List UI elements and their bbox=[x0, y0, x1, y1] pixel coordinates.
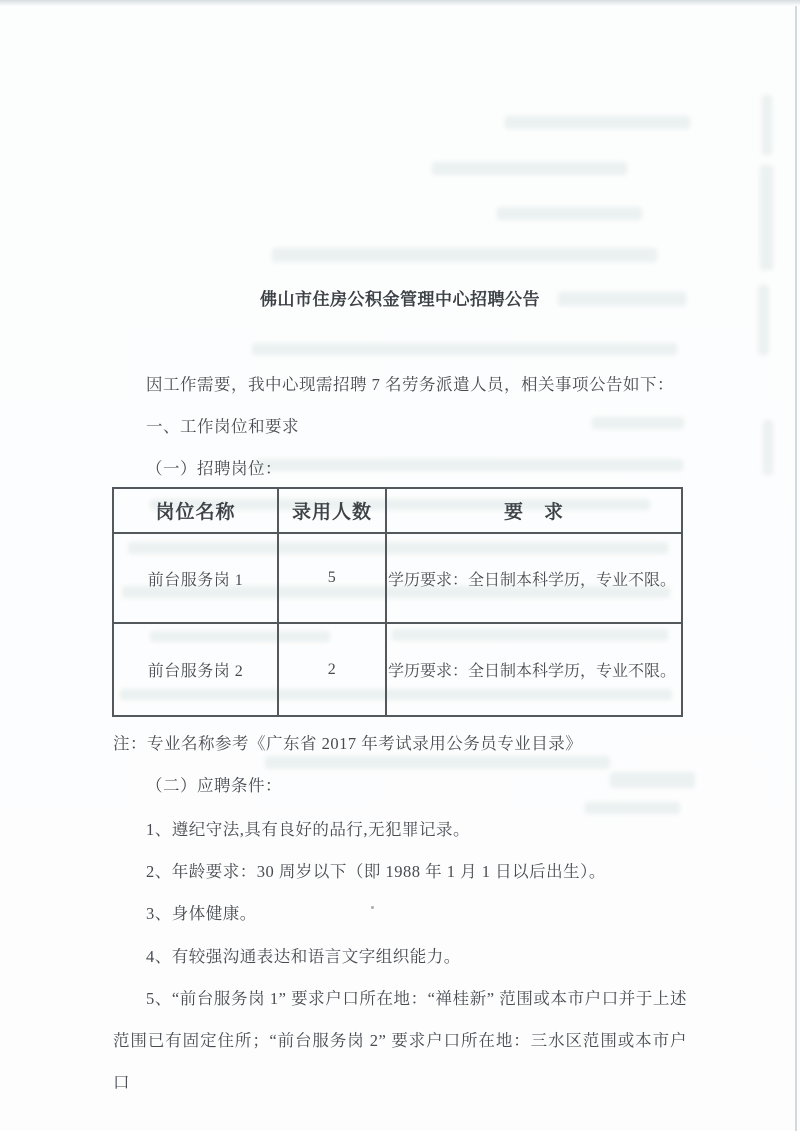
condition-item-5: 5、“前台服务岗 1” 要求户口所在地：“禅桂新” 范围或本市户口并于上述范围已… bbox=[113, 978, 687, 1104]
subsection-heading-conditions: （二）应聘条件： bbox=[113, 775, 687, 797]
bleed-through-artifact bbox=[432, 162, 627, 175]
condition-item-4: 4、有较强沟通表达和语言文字组织能力。 bbox=[113, 946, 687, 968]
bleed-through-artifact bbox=[762, 95, 772, 155]
column-header-requirement: 要 求 bbox=[386, 488, 682, 533]
cell-headcount: 5 bbox=[278, 533, 386, 623]
scan-edge-top bbox=[0, 0, 800, 6]
section-heading: 一、工作岗位和要求 bbox=[113, 416, 687, 438]
condition-item-1: 1、遵纪守法,具有良好的品行,无犯罪记录。 bbox=[113, 819, 687, 841]
bleed-through-artifact bbox=[505, 116, 690, 129]
table-header-row: 岗位名称 录用人数 要 求 bbox=[113, 488, 682, 533]
bleed-through-artifact bbox=[585, 802, 680, 814]
intro-paragraph: 因工作需要，我中心现需招聘 7 名劳务派遣人员，相关事项公告如下： bbox=[113, 374, 687, 396]
column-header-position-name: 岗位名称 bbox=[113, 488, 278, 533]
bleed-through-artifact bbox=[252, 343, 677, 355]
scan-edge-right bbox=[795, 6, 797, 1131]
table-row: 前台服务岗 2 2 学历要求：全日制本科学历，专业不限。 bbox=[113, 623, 682, 716]
cell-requirement: 学历要求：全日制本科学历，专业不限。 bbox=[386, 533, 682, 623]
subsection-heading-recruit: （一）招聘岗位： bbox=[113, 458, 687, 480]
column-header-headcount: 录用人数 bbox=[278, 488, 386, 533]
table-row: 前台服务岗 1 5 学历要求：全日制本科学历，专业不限。 bbox=[113, 533, 682, 623]
bleed-through-artifact bbox=[265, 756, 610, 769]
scanned-document-page: 佛山市住房公积金管理中心招聘公告 因工作需要，我中心现需招聘 7 名劳务派遣人员… bbox=[0, 0, 800, 1131]
cell-headcount: 2 bbox=[278, 623, 386, 716]
cell-position-name: 前台服务岗 2 bbox=[113, 623, 278, 716]
positions-table: 岗位名称 录用人数 要 求 前台服务岗 1 5 学历要求：全日制本科学历，专业不… bbox=[112, 487, 683, 717]
cell-requirement: 学历要求：全日制本科学历，专业不限。 bbox=[386, 623, 682, 716]
table-note: 注：专业名称参考《广东省 2017 年考试录用公务员专业目录》 bbox=[113, 733, 687, 755]
condition-item-3: 3、身体健康。 bbox=[113, 903, 687, 925]
bleed-through-artifact bbox=[760, 165, 773, 270]
cell-position-name: 前台服务岗 1 bbox=[113, 533, 278, 623]
condition-item-2: 2、年龄要求：30 周岁以下（即 1988 年 1 月 1 日以后出生）。 bbox=[113, 861, 687, 883]
bleed-through-artifact bbox=[497, 207, 642, 220]
bleed-through-artifact bbox=[272, 248, 657, 262]
bleed-through-artifact bbox=[763, 420, 773, 475]
page-title: 佛山市住房公积金管理中心招聘公告 bbox=[0, 288, 800, 312]
